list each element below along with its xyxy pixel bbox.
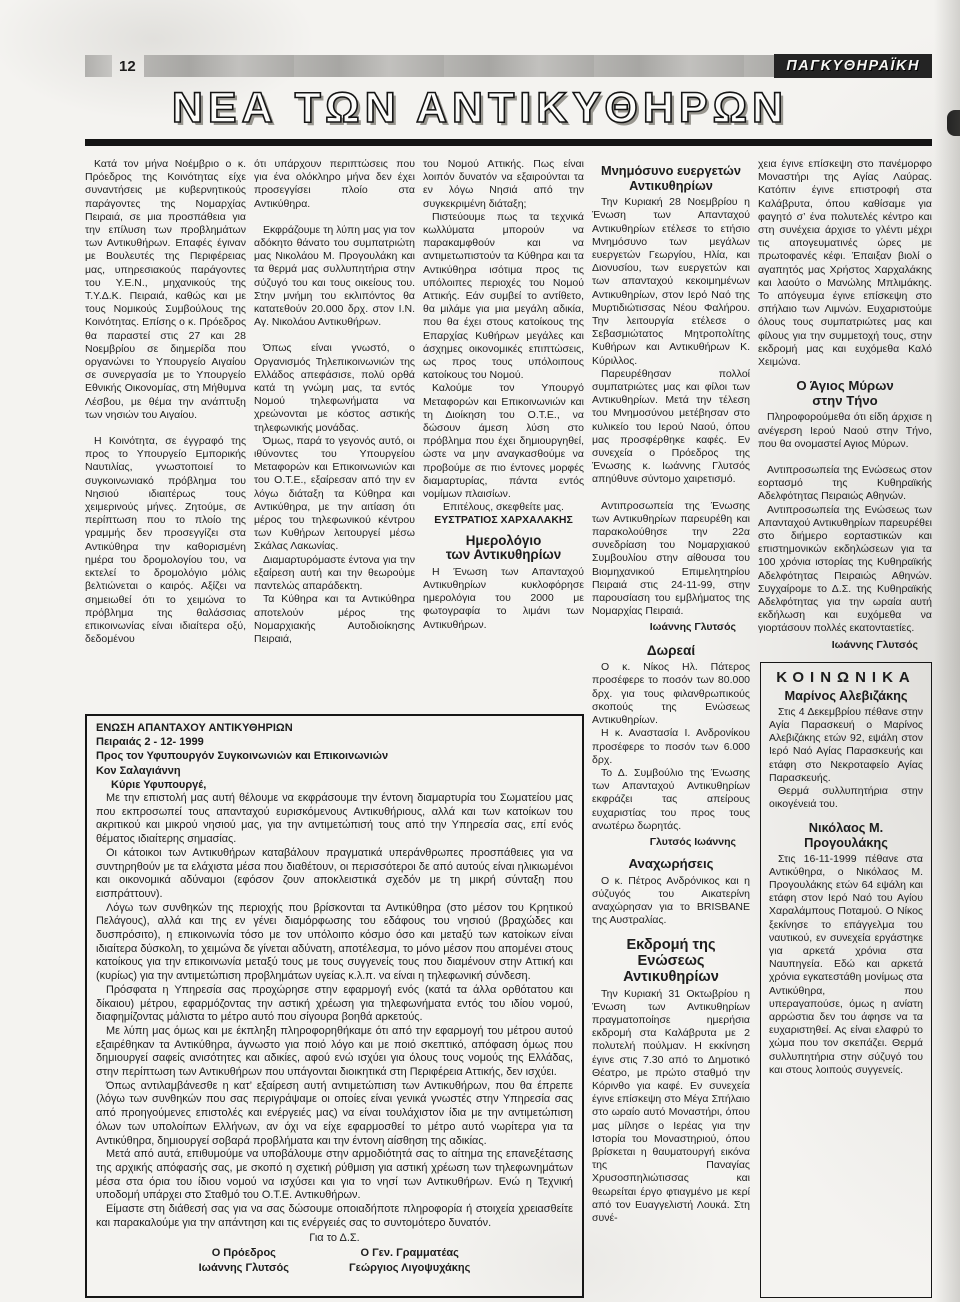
article-paragraph: Όμως, παρά το γεγονός αυτό, οι ιθύνοντες… [254, 435, 415, 554]
letter-closing: Για το Δ.Σ. [96, 1232, 573, 1246]
headline-line: Ο Άγιος Μύρων [758, 379, 932, 394]
memorial-paragraph: Παρευρέθησαν πολλοί συμπατριώτες μας και… [592, 368, 750, 487]
obituary-paragraph: Θερμά συλλυπητήρια στην οικογένειά του. [769, 785, 923, 811]
delegation-paragraph: Αντιπροσωπεία της Ενώσεως στον εορτασμό … [758, 464, 932, 504]
column-1: Κατά τον μήνα Νοέμβριο ο κ. Πρόεδρος της… [85, 158, 246, 709]
donation-paragraph: Η κ. Αναστασία Ι. Ανδρονίκου προσέφερε τ… [592, 727, 750, 767]
letter-paragraph: Λόγω των συνθηκών της περιοχής που βρίσκ… [96, 902, 573, 984]
article-paragraph: Η Κοινότητα, σε έγγραφό της προς το Υπου… [85, 435, 246, 646]
newspaper-page: 12 ΠΑΓΚΥΘΗΡΑΪΚΗ ΝΕΑ ΤΩΝ ΑΝΤΙΚΥΘΗΡΩΝ Κατά… [0, 0, 960, 1302]
article-paragraph: Εκφράζουμε τη λύπη μας για τον αδόκητο θ… [254, 224, 415, 330]
author-signature: Ιωάννης Γλυτσός [758, 639, 932, 652]
excursion-headline: Εκδρομή της Ενώσεως Αντικυθηρίων [592, 937, 750, 985]
letter-signature-president: Ο Πρόεδρος Ιωάννης Γλυτσός [199, 1246, 289, 1275]
memorial-paragraph: Την Κυριακή 28 Νοεμβρίου η Ένωση των Απα… [592, 196, 750, 368]
letter-dateline: Πειραιάς 2 - 12- 1999 [96, 735, 573, 749]
corner-block [85, 55, 112, 77]
article-paragraph: Όπως είναι γνωστό, ο Οργανισμός Τηλεπικο… [254, 342, 415, 434]
delegation-paragraph: Αντιπροσωπεία της Ενώσεως των Απανταχού … [758, 504, 932, 636]
signature-name: Γεώργιος Λιγοψυχάκης [349, 1261, 470, 1276]
section-title: ΝΕΑ ΤΩΝ ΑΝΤΙΚΥΘΗΡΩΝ [0, 84, 960, 133]
memorial-headline: Μνημόσυνο ευεργετών Αντικυθηρίων [592, 164, 750, 193]
donation-paragraph: Το Δ. Συμβούλιο της Ένωσης των Απανταχού… [592, 767, 750, 833]
letter-to-minister-box: ΕΝΩΣΗ ΑΠΑΝΤΑΧΟΥ ΑΝΤΙΚΥΘΗΡΙΩΝ Πειραιάς 2 … [85, 714, 584, 1298]
author-signature: Γλυτσός Ιωάννης [592, 836, 750, 849]
masthead-bar: 12 ΠΑΓΚΥΘΗΡΑΪΚΗ [85, 54, 932, 78]
letter-paragraph: Είμαστε στη διάθεσή σας για να σας δώσου… [96, 1203, 573, 1230]
letter-signature-secretary: Ο Γεν. Γραμματέας Γεώργιος Λιγοψυχάκης [349, 1246, 470, 1275]
excursion-paragraph-continued: χεια έγινε επίσκεψη στο πανέμορφο Μοναστ… [758, 158, 932, 369]
obituary-name-line: Προγουλάκης [769, 836, 923, 851]
title-rule [85, 139, 932, 146]
column-3: του Νομού Αττικής. Πως είναι λοιπόν δυνα… [423, 158, 584, 709]
letter-paragraph: Με την επιστολή μας αυτή θέλουμε να εκφρ… [96, 792, 573, 847]
departures-headline: Αναχωρήσεις [592, 857, 750, 872]
departures-paragraph: Ο κ. Πέτρος Ανδρόνικος και η σύζυγός του… [592, 875, 750, 928]
community-report-article: Κατά τον μήνα Νοέμβριο ο κ. Πρόεδρος της… [85, 158, 584, 709]
saint-myron-paragraph: Πληροφορούμεθα ότι είδη άρχισε η ανέγερσ… [758, 411, 932, 451]
column-2: ότι υπάρχουν περιπτώσεις που για ένα ολό… [254, 158, 415, 709]
column-5: χεια έγινε επίσκεψη στο πανέμορφο Μοναστ… [758, 158, 932, 1298]
article-paragraph: Διαμαρτυρόμαστε έντονα για την εξαίρεση … [254, 554, 415, 594]
left-zone: Κατά τον μήνα Νοέμβριο ο κ. Πρόεδρος της… [85, 158, 584, 1298]
newspaper-brand: ΠΑΓΚΥΘΗΡΑΪΚΗ [774, 54, 932, 78]
headline-line: στην Τήνο [758, 394, 932, 409]
masthead-gray-bar [144, 55, 775, 77]
donations-headline: Δωρεαί [592, 644, 750, 659]
social-box-title: ΚΟΙΝΩΝΙΚΑ [769, 671, 923, 684]
content-area: Κατά τον μήνα Νοέμβριο ο κ. Πρόεδρος της… [85, 158, 932, 1298]
letter-org: ΕΝΩΣΗ ΑΠΑΝΤΑΧΟΥ ΑΝΤΙΚΥΘΗΡΙΩΝ [96, 721, 573, 735]
letter-header: ΕΝΩΣΗ ΑΠΑΝΤΑΧΟΥ ΑΝΤΙΚΥΘΗΡΙΩΝ Πειραιάς 2 … [96, 721, 573, 792]
article-paragraph: Πιστεύουμε πως τα τεχνικά κωλλύματα μπορ… [423, 211, 584, 383]
headline-line: των Αντικυθηρίων [423, 548, 584, 563]
excursion-paragraph: Την Κυριακή 31 Οκτωβρίου η Ένωση των Αντ… [592, 988, 750, 1226]
headline-line: Αντικυθηρίων [592, 969, 750, 985]
article-paragraph: Κατά τον μήνα Νοέμβριο ο κ. Πρόεδρος της… [85, 158, 246, 422]
letter-recipient: Προς τον Υφυπουργόν Συγκοινωνιών και Επι… [96, 749, 573, 763]
donation-paragraph: Ο κ. Νίκος Ηλ. Πάτερος προσέφερε το ποσό… [592, 661, 750, 727]
signature-name: Ιωάννης Γλυτσός [199, 1261, 289, 1276]
headline-line: Εκδρομή της Ενώσεως [592, 937, 750, 969]
headline-line: Ημερολόγιο [423, 534, 584, 549]
letter-paragraph: Όπως αντιλαμβάνεσθε η κατ’ εξαίρεση αυτή… [96, 1080, 573, 1149]
page-number: 12 [119, 58, 136, 75]
author-signature: Ιωάννης Γλυτσός [592, 621, 750, 634]
article-paragraph: Καλούμε τον Υπουργό Μεταφορών και Επικοι… [423, 382, 584, 501]
obituary-paragraph: Στις 16-11-1999 πέθανε στα Αντικύθηρα, ο… [769, 853, 923, 1077]
letter-paragraph: Μετά από αυτά, επιθυμούμε να υποβάλουμε … [96, 1148, 573, 1203]
article-paragraph: ότι υπάρχουν περιπτώσεις που για ένα ολό… [254, 158, 415, 211]
letter-paragraph: Πρόσφατα η Υπηρεσία σας προχώρησε στην ε… [96, 984, 573, 1025]
obituary-name-line: Νικόλαος Μ. [769, 821, 923, 836]
letter-attention: Κον Σαλαγιάννη [96, 764, 573, 778]
letter-paragraph: Οι κάτοικοι των Αντικυθήρων καταβάλουν π… [96, 847, 573, 902]
letter-body: Με την επιστολή μας αυτή θέλουμε να εκφρ… [96, 792, 573, 1231]
article-paragraph: Τα Κύθηρα και τα Αντικύθηρα αποτελούν μέ… [254, 593, 415, 646]
memorial-paragraph: Αντιπροσωπεία της Ένωσης των Αντικυθηρίω… [592, 500, 750, 619]
headline-line: Μνημόσυνο ευεργετών [592, 164, 750, 179]
calendar-headline: Ημερολόγιο των Αντικυθηρίων [423, 534, 584, 563]
saint-myron-headline: Ο Άγιος Μύρων στην Τήνο [758, 379, 932, 408]
obituary-name: Μαρίνος Αλεβιζάκης [769, 689, 923, 704]
social-notices-box: ΚΟΙΝΩΝΙΚΑ Μαρίνος Αλεβιζάκης Στις 4 Δεκε… [760, 662, 932, 1298]
calendar-paragraph: Η Ένωση των Απανταχού Αντικυθηρίων κυκλο… [423, 566, 584, 632]
scan-edge-shading [934, 0, 960, 1302]
article-closing-line: Επιτέλους, σκεφθείτε μας. [423, 501, 584, 514]
signature-role: Ο Πρόεδρος [199, 1246, 289, 1261]
letter-salutation: Κύριε Υφυπουργέ, [96, 778, 573, 792]
letter-paragraph: Με λύπη μας όμως και με έκπληξη πληροφορ… [96, 1025, 573, 1080]
headline-line: Αντικυθηρίων [592, 179, 750, 194]
obituary-paragraph: Στις 4 Δεκεμβρίου πέθανε στην Αγία Παρασ… [769, 706, 923, 785]
scan-edge-mark [947, 110, 960, 136]
signature-role: Ο Γεν. Γραμματέας [349, 1246, 470, 1261]
column-4: Μνημόσυνο ευεργετών Αντικυθηρίων Την Κυρ… [592, 158, 750, 1298]
letter-signatures: Ο Πρόεδρος Ιωάννης Γλυτσός Ο Γεν. Γραμμα… [96, 1246, 573, 1275]
obituary-name: Νικόλαος Μ. Προγουλάκης [769, 821, 923, 850]
article-paragraph: του Νομού Αττικής. Πως είναι λοιπόν δυνα… [423, 158, 584, 211]
article-author-signature: ΕΥΣΤΡΑΤΙΟΣ ΧΑΡΧΑΛΑΚΗΣ [423, 514, 584, 527]
